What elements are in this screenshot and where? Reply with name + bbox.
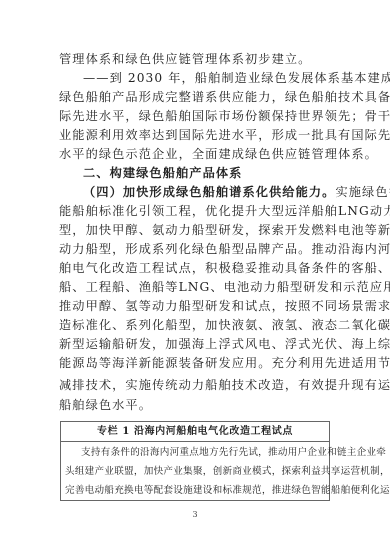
paragraph-line: 管理体系和绿色供应链管理体系初步建立。 xyxy=(59,50,331,69)
box-line: 头组建产业联盟，加快产业集聚，创新商业模式，探索利益共享运营机制， xyxy=(65,466,327,478)
paragraph-line: 能船舶标准化引领工程，优化提升大型远洋船舶LNG动力船 xyxy=(59,202,331,221)
box-line: 支持有条件的沿海内河重点地方先行先试，推动用户企业和链主企业牵 xyxy=(81,447,327,459)
paragraph-line: 能源岛等海洋新能源装备研发应用。充分利用先进适用节能 xyxy=(59,354,331,373)
document-page: 管理体系和绿色供应链管理体系初步建立。 ——到 2030 年，船舶制造业绿色发展… xyxy=(0,0,390,551)
paragraph-line: 推动甲醇、氢等动力船型研发和试点，按照不同场景需求打 xyxy=(59,297,331,316)
section-heading: 二、构建绿色船舶产品体系 xyxy=(83,164,331,183)
paragraph-line: 型，加快甲醇、氨动力船型研发，探索开发燃料电池等新型 xyxy=(59,221,331,240)
paragraph-line: 舶电气化改造工程试点，积极稳妥推动具备条件的客船、货 xyxy=(59,259,331,278)
paragraph-lead: （四）加快形成绿色船舶谱系化供给能力。 xyxy=(83,185,335,199)
paragraph-line: 动力船型，形成系列化绿色船型品牌产品。推动沿海内河船 xyxy=(59,240,331,259)
paragraph-line: 造标准化、系列化船型，加快液氨、液氢、液态二氧化碳等 xyxy=(59,316,331,335)
page-number: 3 xyxy=(0,510,390,519)
paragraph-line: 新型运输船研发，加强海上浮式风电、浮式光伏、海上综合 xyxy=(59,335,331,354)
paragraph-line: ——到 2030 年，船舶制造业绿色发展体系基本建成。 xyxy=(83,69,331,88)
paragraph-line: 减排技术，实施传统动力船舶技术改造，有效提升现有运营 xyxy=(59,376,331,395)
paragraph-line: 船、工程船、渔船等LNG、电池动力船型研发和示范应用， xyxy=(59,278,331,297)
paragraph-text: 实施绿色智 xyxy=(335,185,390,199)
paragraph-line: （四）加快形成绿色船舶谱系化供给能力。实施绿色智 xyxy=(83,183,331,202)
sidebar-box: 专栏 1 沿海内河船舶电气化改造工程试点 支持有条件的沿海内河重点地方先行先试，… xyxy=(60,421,330,501)
paragraph-line: 水平的绿色示范企业，全面建成绿色供应链管理体系。 xyxy=(59,145,331,164)
paragraph-line: 绿色船舶产品形成完整谱系供应能力，绿色船舶技术具备国 xyxy=(59,88,331,107)
paragraph-line: 业能源利用效率达到国际先进水平，形成一批具有国际先进 xyxy=(59,126,331,145)
paragraph-line: 船舶绿色水平。 xyxy=(59,396,331,415)
box-title: 专栏 1 沿海内河船舶电气化改造工程试点 xyxy=(61,422,329,442)
box-line: 完善电动船充换电等配套设施建设和标准规范，推进绿色智能船舶便利化运 xyxy=(65,485,327,497)
paragraph-line: 际先进水平，绿色船舶国际市场份额保持世界领先；骨干企 xyxy=(59,107,331,126)
